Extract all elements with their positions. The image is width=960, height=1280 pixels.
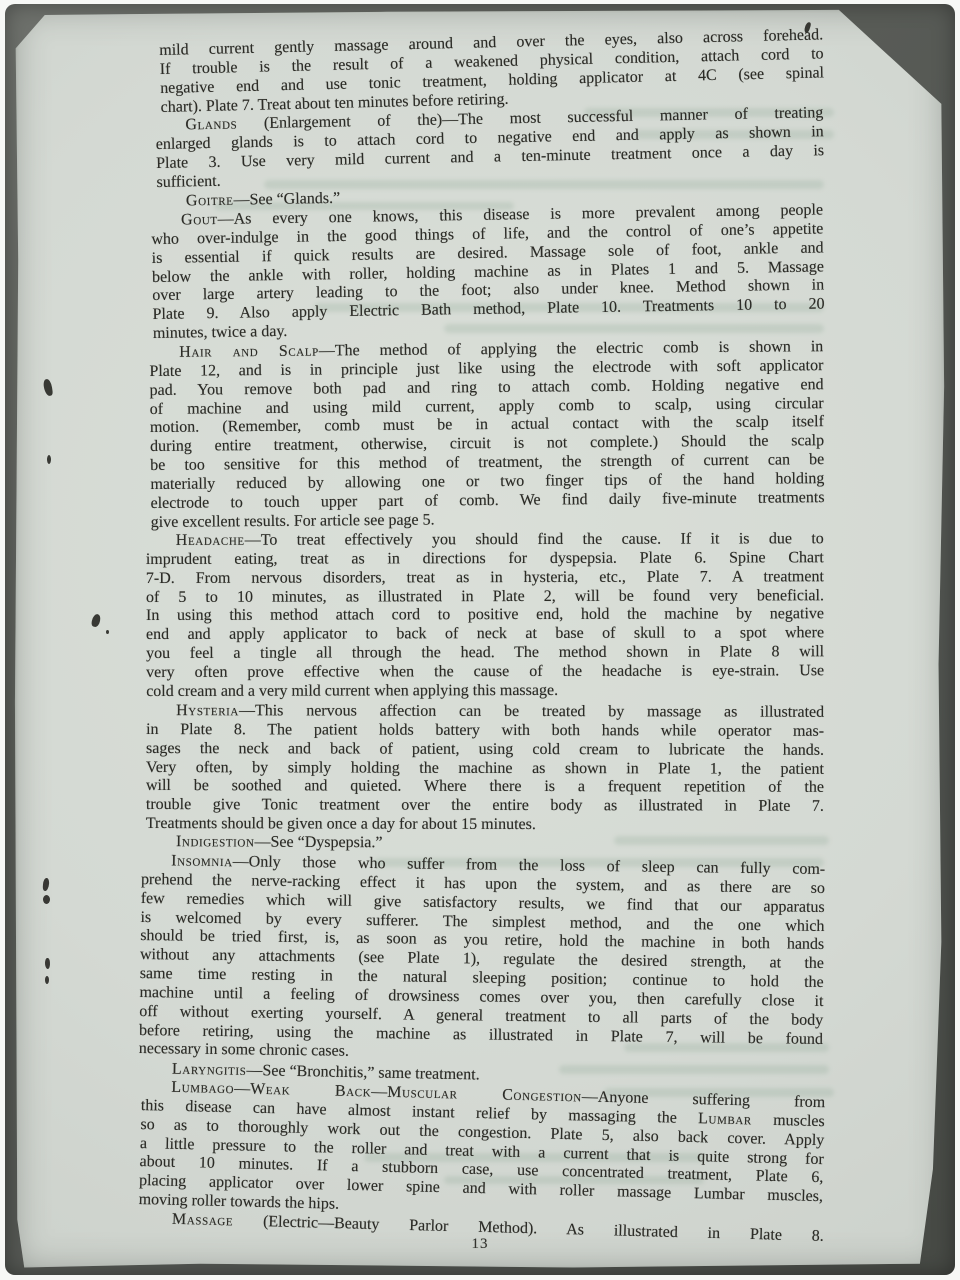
- body-text: trouble give Tonic treatment over the en…: [146, 796, 824, 815]
- small-caps-heading: Weak Back: [250, 1081, 371, 1101]
- text-line: Hysteria—This nervous affection can be t…: [146, 702, 824, 723]
- ink-speck: [43, 379, 53, 397]
- body-text: necessary in some chronic cases.: [139, 1041, 349, 1061]
- entry-hair-and-scalp: Hair and Scalp—The method of applying th…: [149, 338, 825, 532]
- small-caps-heading: Gout: [181, 211, 218, 229]
- body-text: Treatments should be given once a day fo…: [146, 815, 536, 833]
- body-text: —See “Dyspepsia.”: [254, 834, 382, 852]
- body-text: —To treat effectively you should find th…: [245, 530, 824, 549]
- text-line: Headache—To treat effectively you should…: [146, 530, 824, 551]
- entry-insomnia: Insomnia—Only those who suffer from the …: [139, 852, 826, 1068]
- body-text: —See “Glands.”: [233, 190, 340, 209]
- body-text: cold cream and a very mild current when …: [146, 682, 558, 700]
- entry-headache: Headache—To treat effectively you should…: [146, 530, 824, 701]
- page-number: 13: [14, 1236, 946, 1253]
- text-line: In using this method attach cord to posi…: [146, 606, 824, 627]
- ink-speck: [43, 878, 50, 891]
- body-text: of 5 to 10 minutes, as illustrated in Pl…: [146, 587, 824, 606]
- text-line: cold cream and a very mild current when …: [146, 681, 824, 702]
- text-line: will be soothed and quieted. Where there…: [146, 777, 824, 798]
- small-caps-heading: Hysteria: [176, 702, 239, 719]
- body-text: sufficient.: [156, 173, 220, 191]
- body-text: end and apply applicator to back of neck…: [146, 624, 824, 643]
- body-text: imprudent eating, treat as in directions…: [146, 549, 824, 568]
- small-caps-heading: Massage: [172, 1211, 234, 1230]
- body-text: will be soothed and quieted. Where there…: [146, 777, 824, 796]
- small-caps-heading: Indigestion: [176, 834, 255, 851]
- body-text: —This nervous affection can be treated b…: [239, 702, 824, 721]
- text-line: of 5 to 10 minutes, as illustrated in Pl…: [146, 587, 824, 608]
- text-line: trouble give Tonic treatment over the en…: [146, 796, 824, 817]
- text-line: sages the neck and back of patient, usin…: [146, 739, 824, 760]
- small-caps-heading: Hair and Scalp: [179, 342, 319, 360]
- small-caps-heading: Glands: [185, 116, 237, 134]
- body-text: —See “Bronchitis,” same treatment.: [246, 1062, 480, 1083]
- body-text: you feel a tingle all through the head. …: [146, 643, 824, 662]
- scanned-page: mild current gently massage around and o…: [14, 8, 946, 1270]
- ink-speck: [106, 630, 109, 634]
- body-text: Very often, by simply holding the machin…: [146, 758, 824, 777]
- small-caps-heading: Headache: [176, 532, 245, 549]
- body-text: give excellent results. For article see …: [151, 511, 435, 530]
- text-line: 7-D. From nervous disorders, treat as in…: [146, 568, 824, 589]
- body-text: —The method of applying the electric com…: [319, 338, 824, 359]
- body-text: sages the neck and back of patient, usin…: [146, 739, 824, 758]
- body-text: —: [234, 1081, 250, 1098]
- entry-gout: Gout—As every one knows, this disease is…: [151, 201, 825, 343]
- entry-glands: Glands (Enlargement of the)—The most suc…: [155, 105, 824, 193]
- text-column: mild current gently massage around and o…: [148, 42, 824, 1229]
- body-text: in Plate 8. The patient holds battery wi…: [146, 720, 824, 739]
- text-line: Very often, by simply holding the machin…: [146, 758, 824, 779]
- small-caps-heading: Goitre: [186, 191, 234, 209]
- text-line: you feel a tingle all through the head. …: [146, 643, 824, 664]
- text-line: in Plate 8. The patient holds battery wi…: [146, 720, 824, 741]
- body-text: minutes, twice a day.: [153, 323, 288, 342]
- body-text: —: [371, 1084, 387, 1101]
- body-text: In using this method attach cord to posi…: [146, 606, 824, 625]
- small-caps-heading: Laryngitis: [172, 1060, 247, 1078]
- body-text: very often prove effective when the caus…: [146, 662, 824, 681]
- small-caps-heading: Lumbar: [698, 1110, 752, 1128]
- text-line: end and apply applicator to back of neck…: [146, 624, 824, 645]
- entry-continuation-eye-treatment: mild current gently massage around and o…: [159, 26, 825, 117]
- ink-speck: [43, 895, 50, 904]
- ink-speck: [91, 613, 101, 627]
- text-line: Treatments should be given once a day fo…: [146, 815, 824, 836]
- small-caps-heading: Insomnia: [171, 853, 233, 871]
- entry-lumbago-weak-back: Lumbago—Weak Back—Muscular Congestion—An…: [138, 1078, 825, 1226]
- small-caps-heading: Lumbago: [171, 1079, 234, 1097]
- ink-speck: [47, 455, 51, 464]
- ink-speck: [45, 958, 51, 969]
- entry-hysteria: Hysteria—This nervous affection can be t…: [146, 702, 824, 836]
- body-text: 7-D. From nervous disorders, treat as in…: [146, 568, 824, 587]
- text-line: very often prove effective when the caus…: [146, 662, 824, 683]
- text-line: imprudent eating, treat as in directions…: [146, 549, 824, 570]
- body-text: muscles: [752, 1112, 825, 1131]
- ink-speck: [45, 976, 49, 984]
